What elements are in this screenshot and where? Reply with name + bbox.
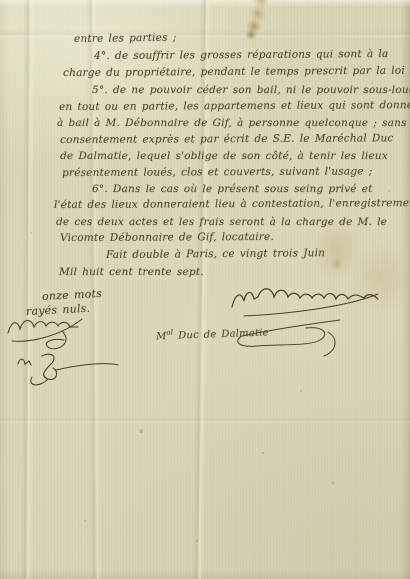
manuscript-line: Fait double à Paris, ce vingt trois Juin — [106, 247, 325, 261]
manuscript-line: en tout ou en partie, les appartemens et… — [59, 99, 410, 113]
manuscript-line: l'état des lieux donneraient lieu à cont… — [54, 197, 410, 211]
fold-crease-horizontal — [0, 30, 410, 39]
fold-crease-vertical — [20, 0, 35, 579]
manuscript-line: charge du propriétaire, pendant le temps… — [63, 65, 410, 79]
manuscript-line: 4°. de souffrir les grosses réparations … — [94, 48, 388, 62]
manuscript-line: présentement loués, clos et couverts, su… — [62, 165, 372, 179]
manuscript-line: 5°. de ne pouvoir céder son bail, ni le … — [92, 84, 410, 96]
manuscript-page: entre les parties ; 4°. de souffrir les … — [0, 0, 410, 579]
manuscript-line: 6°. Dans le cas où le présent sous seing… — [92, 183, 373, 195]
manuscript-line: entre les parties ; — [74, 32, 177, 45]
signature-flourish-dalmatie — [240, 314, 344, 360]
fold-crease-horizontal — [0, 416, 410, 425]
manuscript-line: de Dalmatie, lequel s'oblige de son côté… — [60, 150, 388, 162]
paper-stain — [238, 0, 278, 46]
signature-flourish-left — [4, 311, 124, 353]
manuscript-line: consentement exprès et par écrit de S.E.… — [60, 132, 394, 146]
manuscript-line: Mil huit cent trente sept. — [59, 266, 204, 278]
paper-stain — [330, 258, 344, 270]
margin-note: onze mots — [42, 287, 103, 303]
paper-specks — [0, 0, 2, 2]
signature-paraph-initials — [12, 348, 124, 388]
manuscript-line: de ces deux actes et les frais seront à … — [56, 216, 387, 228]
manuscript-line: Vicomte Débonnaire de Gif, locataire. — [60, 231, 274, 244]
manuscript-line: à bail à M. Débonnaire de Gif, à personn… — [57, 117, 410, 129]
